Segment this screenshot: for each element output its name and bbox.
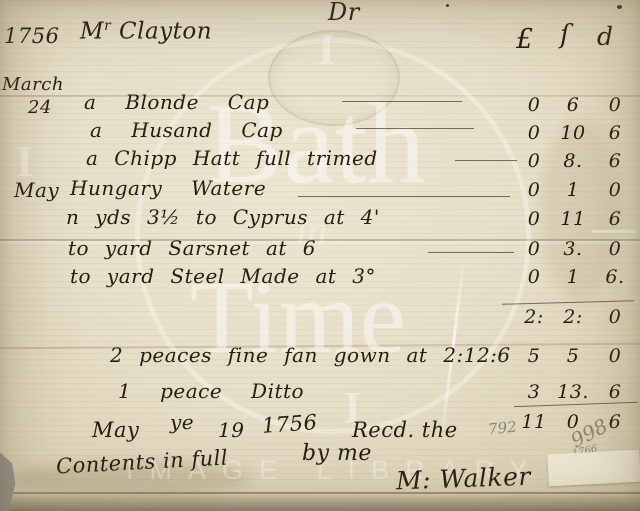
manuscript-photo: Bath in Time I I I — IMAGE LIBRARY Dr 17… [0,0,640,511]
photo-vignette [0,0,640,511]
